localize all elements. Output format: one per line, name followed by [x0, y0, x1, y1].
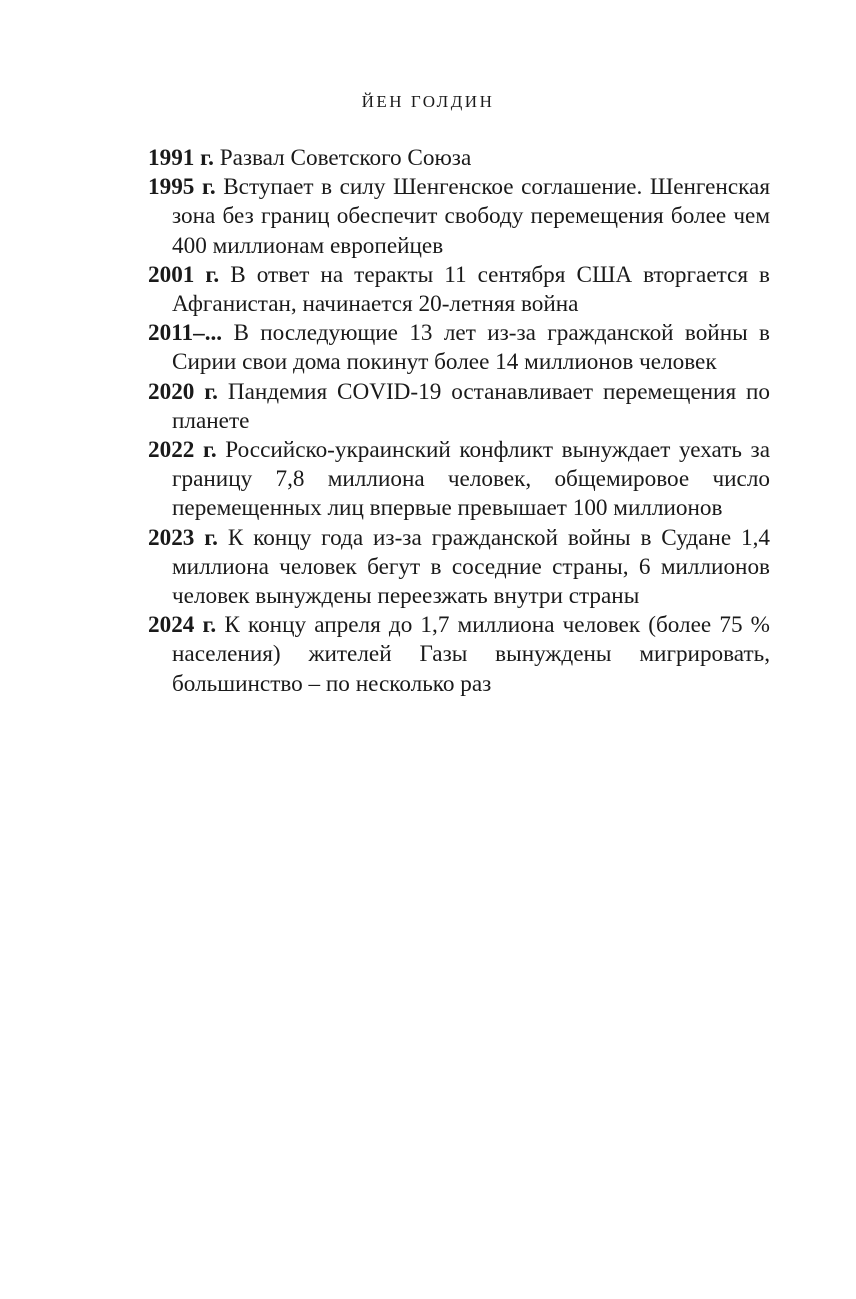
- timeline-entry-2001: 2001 г. В ответ на теракты 11 сентября С…: [148, 261, 770, 319]
- entry-text: В последующие 13 лет из-за гражданской в…: [172, 320, 770, 375]
- timeline-entry-2011: 2011–... В последующие 13 лет из-за граж…: [148, 319, 770, 377]
- entry-text: Пандемия COVID-19 останавливает перемеще…: [172, 379, 770, 434]
- entry-text: Вступает в силу Шенгенское соглашение. Ш…: [172, 174, 770, 258]
- timeline-entry-2024: 2024 г. К концу апреля до 1,7 миллиона ч…: [148, 611, 770, 699]
- entry-year: 2011–...: [148, 320, 222, 346]
- entry-text: В ответ на теракты 11 сентября США вторг…: [172, 262, 770, 317]
- entry-year: 2023 г.: [148, 525, 218, 551]
- entry-year: 2024 г.: [148, 612, 216, 638]
- timeline-list: 1991 г. Развал Советского Союза 1995 г. …: [148, 144, 770, 699]
- entry-year: 2001 г.: [148, 262, 219, 288]
- entry-text: Развал Советского Союза: [220, 145, 472, 171]
- entry-text: К концу года из-за гражданской войны в С…: [172, 525, 770, 609]
- timeline-entry-1995: 1995 г. Вступает в силу Шенгенское согла…: [148, 173, 770, 261]
- entry-year: 2022 г.: [148, 437, 217, 463]
- entry-text: К концу апреля до 1,7 миллиона человек (…: [172, 612, 770, 696]
- timeline-entry-1991: 1991 г. Развал Советского Союза: [148, 144, 770, 173]
- entry-text: Российско-украинский конфликт вынуждает …: [172, 437, 770, 521]
- entry-year: 1991 г.: [148, 145, 214, 171]
- timeline-entry-2020: 2020 г. Пандемия COVID-19 останавливает …: [148, 378, 770, 436]
- entry-year: 2020 г.: [148, 379, 218, 405]
- timeline-entry-2023: 2023 г. К концу года из-за гражданской в…: [148, 524, 770, 612]
- timeline-entry-2022: 2022 г. Российско-украинский конфликт вы…: [148, 436, 770, 524]
- running-head-author: ЙЕН ГОЛДИН: [0, 92, 856, 112]
- entry-year: 1995 г.: [148, 174, 216, 200]
